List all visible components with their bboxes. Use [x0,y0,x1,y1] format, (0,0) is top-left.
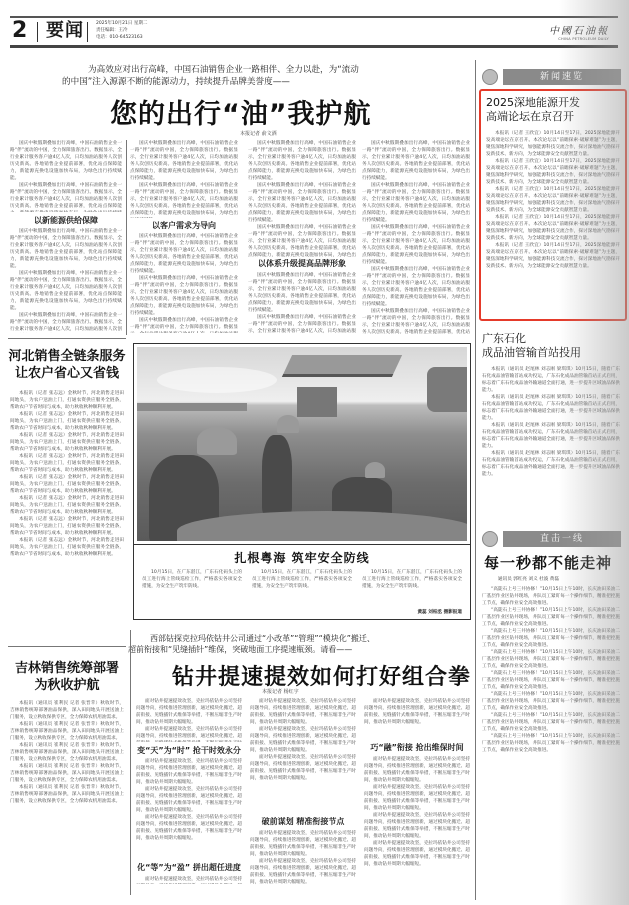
lead-subhead: 以体系升级提高品牌形象 [248,258,356,269]
bottom-body-col2: 面对钻井提速提效攻坚，克拉玛依钻井公司坚持问题导向，持续推进管理创新，通过模块化… [250,698,356,812]
headline-line: 广东石化 [482,332,581,346]
paper-name-cn: 中國石油報 [549,22,609,37]
headline-line: 2025深地能源开发 [486,96,580,110]
bottom-body-col1c: 面对钻井提速提效攻坚，克拉玛依钻井公司坚持问题导向，持续推进管理创新，通过模块化… [136,876,242,884]
bottom-body-col1b: 面对钻井提速提效攻坚，克拉玛依钻井公司坚持问题导向，持续推进管理创新，通过模块化… [136,758,242,858]
left-story-2-headline: 吉林销售统筹部署 为秋收护航 [8,660,126,694]
headline-line: 成品油管输首站投用 [482,346,581,360]
newspaper-page: 2 要闻 2025年10月21日 星期二 责任编辑：王冷 电话：010-6452… [0,0,629,905]
bottom-subhead: 破前谋划 精准衔接节点 [250,816,356,827]
column-rule [126,140,127,335]
lead-body-col4: 国庆中秋假期叠加出行高峰，中国石油销售企业一路“伴”流动的中国，全力保障旅客出行… [362,140,470,335]
rail-rule [475,60,476,900]
photo-caption-col3: 10月15日，在广东湛江，广东石化码头上的员工进行海上管线巡检工作，严格落实各项… [362,569,462,593]
second-story-headline: 广东石化 成品油管输首站投用 [482,332,581,360]
photo-caption-col2: 10月15日，在广东湛江，广东石化码头上的员工进行海上管线巡检工作，严格落实各项… [252,569,352,605]
photo-caption-col1: 10月15日，在广东湛江，广东石化码头上的员工进行海上管线巡检工作，严格落实各项… [142,569,242,605]
lead-subhead: 以客户需求为导向 [130,220,238,231]
news-brief-body: 本报讯（记者 王欣宜）10月14日至17日，2025深地能源开发高端论坛在京召开… [486,130,620,312]
photo-frame [133,343,471,545]
phone-line: 电话：010-64523163 [96,34,147,41]
left-story-1-headline: 河北销售全链条服务 让农户省心又省钱 [8,348,126,382]
bottom-body-col3b: 面对钻井提速提效攻坚，克拉玛依钻井公司坚持问题导向，持续推进管理创新，通过模块化… [364,756,470,886]
paper-logo: 中國石油報 CHINA PETROLEUM DAILY [549,22,609,41]
headline-line: 为秋收护航 [8,677,126,694]
lead-body-col3: 国庆中秋假期叠加出行高峰，中国石油销售企业一路“伴”流动的中国，全力保障旅客出行… [248,140,356,258]
bottom-body-col2b: 面对钻井提速提效攻坚，克拉玛依钻井公司坚持问题导向，持续推进管理创新，通过模块化… [250,830,356,886]
emblem-icon [482,69,498,85]
frontline-header: 直击一线 [479,530,624,548]
bottom-subhead: 化“等”为“盈” 拼出超任进度 [136,862,242,873]
harbor-photo [137,347,467,541]
headline-line: 河北销售全链条服务 [8,348,126,365]
bottom-subhead: 变“天”为“时” 抢干时效永分 [136,745,242,756]
lead-body-col1b: 国庆中秋假期叠加出行高峰，中国石油销售企业一路“伴”流动的中国，全力保障旅客出行… [10,228,122,333]
lead-body-col2b: 国庆中秋假期叠加出行高峰，中国石油销售企业一路“伴”流动的中国，全力保障旅客出行… [130,233,238,333]
frontline-byline: 通讯员 郭红亮 刘义 杜波 黄磊 [498,576,559,582]
bottom-headline: 钻井提速提效如何打好组合拳 [172,660,471,691]
photo-caption-box: 扎根粤海 筑牢安全防线 10月15日，在广东湛江，广东石化码头上的员工进行海上管… [133,545,471,620]
column-rule [130,630,131,895]
kicker-line: 的中国”注入源源不断的能源动力，持续提升品牌美誉度—— [62,76,448,88]
frontline-label: 直击一线 [503,531,621,547]
lead-body-col2: 国庆中秋假期叠加出行高峰，中国石油销售企业一路“伴”流动的中国，全力保障旅客出行… [130,140,238,218]
photo-credit: 黄蕊 刘柏丞 摄影报道 [417,609,462,615]
masthead-divider [37,22,38,42]
left-story-2-body: 本报讯（通讯员 崔利民 记者 张晋苹）秋收时节，吉林销售统筹部署油品保供，深入田… [10,700,124,850]
paper-name-en: CHINA PETROLEUM DAILY [549,37,609,41]
masthead-rule-top [10,16,618,18]
second-story-body: 本报讯（通讯员 赵尾林 刘志刚 梁琪琪）10月15日，随着广东石化成品油管输首站… [482,366,620,506]
lead-headline: 您的出行“油”我护航 [110,92,372,131]
news-brief-header: 新闻速览 [479,68,624,86]
headline-line: 吉林销售统筹部署 [8,660,126,677]
emblem-icon [482,531,498,547]
bottom-body-col3: 面对钻井提速提效攻坚，克拉玛依钻井公司坚持问题导向，持续推进管理创新，通过模块化… [364,698,470,738]
kicker-line: 为高效应对出行高峰，中国石油销售企业一路相伴、全力以赴，为“流动 [88,64,448,76]
photo-title: 扎根粤海 筑牢安全防线 [134,549,470,566]
masthead-divider [87,22,88,42]
lead-byline: 本报记者 俞文酒 [240,130,277,137]
kicker-line: 西部钻探克拉玛依钻井公司通过“小改革”“管理”“模块化”搬迁、 [150,633,470,644]
editor-line: 责任编辑：王冷 [96,27,147,34]
date-line: 2025年10月21日 星期二 [96,20,147,27]
section-rule [8,338,126,339]
bottom-subhead: 巧“融”衔接 抢出维保时间 [364,742,470,753]
bottom-body-col1: 面对钻井提速提效攻坚，克拉玛依钻井公司坚持问题导向，持续推进管理创新，通过模块化… [136,698,242,742]
section-name: 要闻 [46,20,84,42]
left-story-1-body: 本报讯（记者 张志远）金秋时节，河北销售走进田间地头，为农户送油上门，打通农资供… [10,390,124,630]
kicker-line: 超前衔接和“见缝插针”维保，突破地面工序提速瓶颈。请看—— [128,644,470,655]
lead-kicker: 为高效应对出行高峰，中国石油销售企业一路相伴、全力以赴，为“流动 的中国”注入源… [88,64,448,88]
lead-body-col1: 国庆中秋假期叠加出行高峰，中国石油销售企业一路“伴”流动的中国，全力保障旅客出行… [10,140,122,212]
lead-body-col3b: 国庆中秋假期叠加出行高峰，中国石油销售企业一路“伴”流动的中国，全力保障旅客出行… [248,272,356,334]
lead-subhead: 以新能源供给保障 [10,215,122,226]
frontline-headline: 每一秒都不能走神 [484,552,612,573]
page-number: 2 [12,19,27,43]
headline-line: 让农户省心又省钱 [8,365,126,382]
news-brief-headline: 2025深地能源开发 高端论坛在京召开 [486,96,580,124]
section-rule [8,646,126,647]
frontline-body: “高陡石上号三井协修！”10月15日上午10时，长庆油田采油二厂基层作业区钻井现… [482,586,620,886]
headline-line: 高端论坛在京召开 [486,110,580,124]
news-brief-label: 新闻速览 [503,69,621,85]
bottom-kicker: 西部钻探克拉玛依钻井公司通过“小改革”“管理”“模块化”搬迁、 超前衔接和“见缝… [150,633,470,655]
bottom-byline: 本报记者 杨红宇 [262,688,299,695]
masthead-meta: 2025年10月21日 星期二 责任编辑：王冷 电话：010-64523163 [96,20,147,41]
masthead-rule-bottom [10,45,618,48]
